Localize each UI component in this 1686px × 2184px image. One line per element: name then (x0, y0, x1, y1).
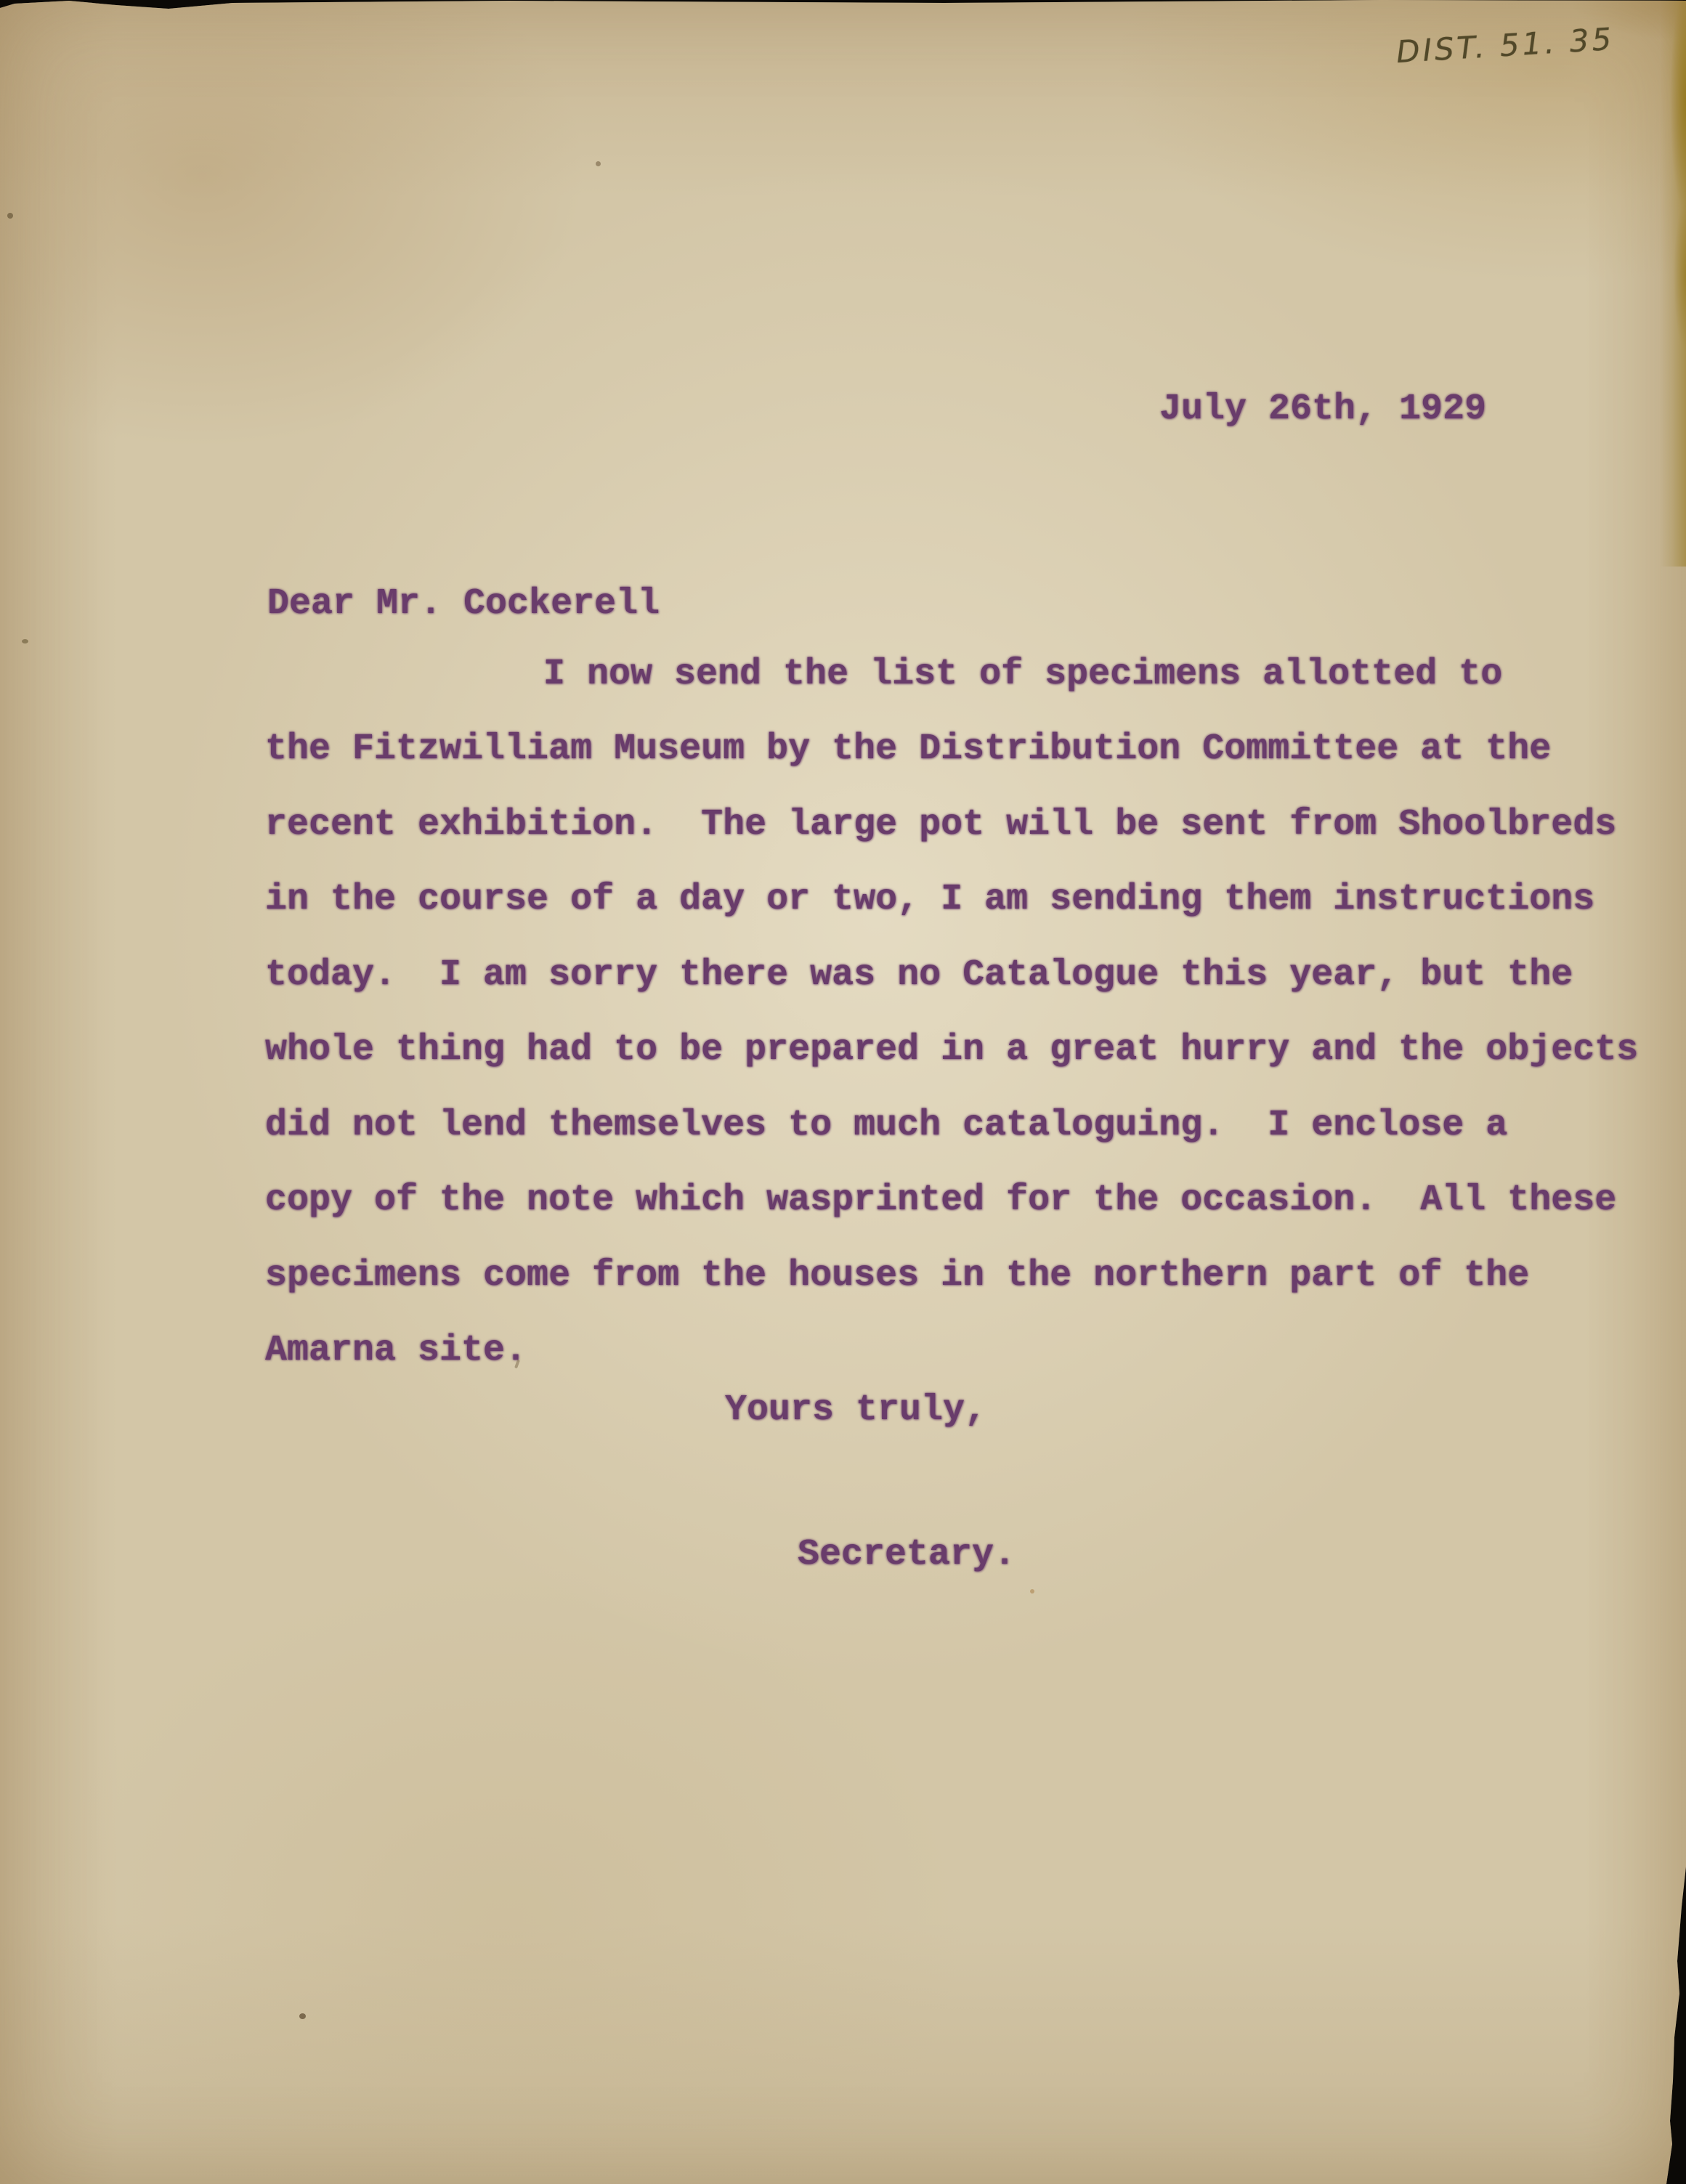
letter-body-line: I now send the list of specimens allotte… (543, 657, 1502, 693)
letter-body-line: today. I am sorry there was no Catalogue… (265, 957, 1573, 994)
handwritten-reference-annotation: DIST. 51. 35 (1395, 21, 1616, 70)
paper-speck (7, 213, 13, 219)
scan-background: DIST. 51. 35 July 26th, 1929 Dear Mr. Co… (0, 0, 1686, 2184)
letter-date: July 26th, 1929 (1159, 391, 1486, 428)
paper-speck (596, 161, 601, 166)
letter-body-line: did not lend themselves to much catalogu… (265, 1108, 1507, 1144)
paper-speck (1030, 1589, 1034, 1594)
letter-salutation: Dear Mr. Cockerell (267, 586, 660, 622)
letter-body-line: in the course of a day or two, I am send… (265, 882, 1594, 918)
letter-closing: Yours truly, (725, 1392, 986, 1429)
paper-speck (299, 2013, 306, 2019)
paper-stain-right-edge (1651, 0, 1686, 567)
letter-body-line: whole thing had to be prepared in a grea… (265, 1032, 1638, 1068)
letter-body-line: copy of the note which wasprinted for th… (265, 1182, 1616, 1219)
letter-body-line: specimens come from the houses in the no… (265, 1258, 1529, 1294)
paper-speck (22, 639, 28, 644)
letter-body-line: Amarna site. (265, 1333, 527, 1369)
letter-paper: DIST. 51. 35 July 26th, 1929 Dear Mr. Co… (0, 0, 1686, 2184)
letter-body-line: the Fitzwilliam Museum by the Distributi… (265, 731, 1551, 768)
letter-signature: Secretary. (798, 1537, 1016, 1573)
letter-body-line: recent exhibition. The large pot will be… (265, 807, 1616, 843)
